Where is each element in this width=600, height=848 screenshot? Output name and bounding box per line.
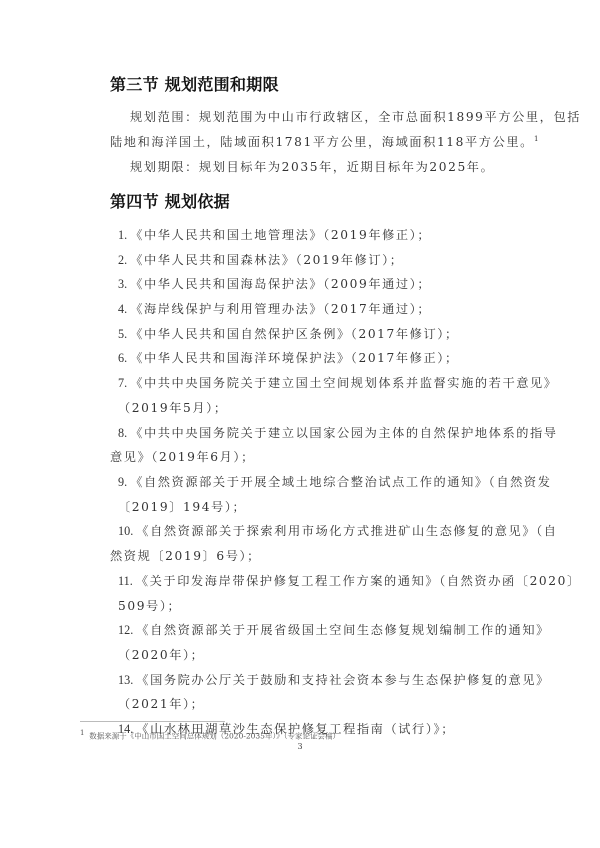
list-text: 《中华人民共和国土地管理法》（2019年修正）； [130, 228, 431, 242]
list-item: 4. 《海岸线保护与利用管理办法》（2017年通过）； [118, 300, 431, 317]
list-number: 6. [118, 351, 130, 365]
footnote-divider [80, 721, 225, 722]
list-number: 3. [118, 277, 130, 291]
page-number: 3 [0, 742, 600, 751]
list-text: 《中华人民共和国海洋环境保护法》（2017年修正）； [130, 351, 459, 365]
list-text: 《海岸线保护与利用管理办法》（2017年通过）； [130, 302, 431, 316]
list-number: 2. [118, 253, 130, 267]
list-text: 《自然资源部关于探索利用市场化方式推进矿山生态修复的意见》（自 [136, 524, 557, 538]
list-item-continuation: （2021年）； [118, 695, 204, 712]
footnote-text: 数据来源于《中山市国土空间总体规划（2020-2035年）》（专家论证会稿） [89, 732, 340, 741]
footnote-marker: 1 [80, 729, 84, 737]
list-text: 《自然资源部关于开展全域土地综合整治试点工作的通知》（自然资发 [130, 475, 551, 489]
section-4-heading: 第四节 规划依据 [110, 189, 230, 212]
list-text: 《中华人民共和国海岛保护法》（2009年通过）； [130, 277, 431, 291]
list-item: 11. 《关于印发海岸带保护修复工程工作方案的通知》（自然资办函〔2020〕 [118, 572, 581, 589]
list-text: 《中华人民共和国自然保护区条例》（2017年修订）； [130, 327, 459, 341]
list-item-continuation: 509号）； [118, 597, 181, 614]
list-item-continuation: （2019年5月）； [118, 399, 228, 416]
list-item: 12. 《自然资源部关于开展省级国土空间生态修复规划编制工作的通知》 [118, 621, 550, 638]
list-item: 3. 《中华人民共和国海岛保护法》（2009年通过）； [118, 275, 431, 292]
list-number: 10. [118, 524, 136, 538]
list-number: 11. [118, 574, 136, 588]
list-text: 《自然资源部关于开展省级国土空间生态修复规划编制工作的通知》 [136, 623, 550, 637]
list-item: 8. 《中共中央国务院关于建立以国家公园为主体的自然保护地体系的指导 [118, 424, 558, 441]
list-number: 9. [118, 475, 130, 489]
list-number: 1. [118, 228, 130, 242]
list-item-continuation: 然资规〔2019〕6号）； [110, 547, 261, 564]
list-item: 13. 《国务院办公厅关于鼓励和支持社会资本参与生态保护修复的意见》 [118, 671, 550, 688]
footnote-ref: 1 [534, 135, 540, 143]
scope-paragraph-line-2: 陆地和海洋国土，陆域面积1781平方公里，海域面积118平方公里。1 [110, 133, 540, 150]
list-item: 10. 《自然资源部关于探索利用市场化方式推进矿山生态修复的意见》（自 [118, 522, 558, 539]
document-page: 第三节 规划范围和期限 规划范围：规划范围为中山市行政辖区，全市总面积1899平… [0, 0, 600, 848]
list-item: 7. 《中共中央国务院关于建立国土空间规划体系并监督实施的若干意见》 [118, 374, 558, 391]
list-item: 6. 《中华人民共和国海洋环境保护法》（2017年修正）； [118, 349, 459, 366]
list-item: 5. 《中华人民共和国自然保护区条例》（2017年修订）； [118, 325, 459, 342]
footnote: 1 数据来源于《中山市国土空间总体规划（2020-2035年）》（专家论证会稿） [80, 729, 340, 742]
period-paragraph: 规划期限：规划目标年为2035年，近期目标年为2025年。 [130, 158, 494, 175]
list-text: 《中华人民共和国森林法》（2019年修订）； [130, 253, 403, 267]
list-number: 7. [118, 376, 130, 390]
list-item: 9. 《自然资源部关于开展全域土地综合整治试点工作的通知》（自然资发 [118, 473, 552, 490]
list-number: 4. [118, 302, 130, 316]
list-number: 12. [118, 623, 136, 637]
list-text: 《中共中央国务院关于建立国土空间规划体系并监督实施的若干意见》 [130, 376, 557, 390]
list-item: 1. 《中华人民共和国土地管理法》（2019年修正）； [118, 226, 431, 243]
list-item-continuation: 〔2019〕194号）； [118, 498, 246, 515]
scope-paragraph-line-1: 规划范围：规划范围为中山市行政辖区，全市总面积1899平方公里，包括 [130, 108, 581, 125]
list-item-continuation: （2020年）； [118, 646, 204, 663]
list-text: 《关于印发海岸带保护修复工程工作方案的通知》（自然资办函〔2020〕 [136, 574, 581, 588]
section-3-heading: 第三节 规划范围和期限 [110, 72, 279, 95]
list-text: 《国务院办公厅关于鼓励和支持社会资本参与生态保护修复的意见》 [136, 673, 550, 687]
list-item-continuation: 意见》（2019年6月）； [110, 448, 255, 465]
list-number: 13. [118, 673, 136, 687]
list-item: 2. 《中华人民共和国森林法》（2019年修订）； [118, 251, 404, 268]
scope-text: 陆地和海洋国土，陆域面积1781平方公里，海域面积118平方公里。 [110, 135, 534, 149]
list-text: 《中共中央国务院关于建立以国家公园为主体的自然保护地体系的指导 [130, 426, 557, 440]
list-number: 5. [118, 327, 130, 341]
list-number: 8. [118, 426, 130, 440]
